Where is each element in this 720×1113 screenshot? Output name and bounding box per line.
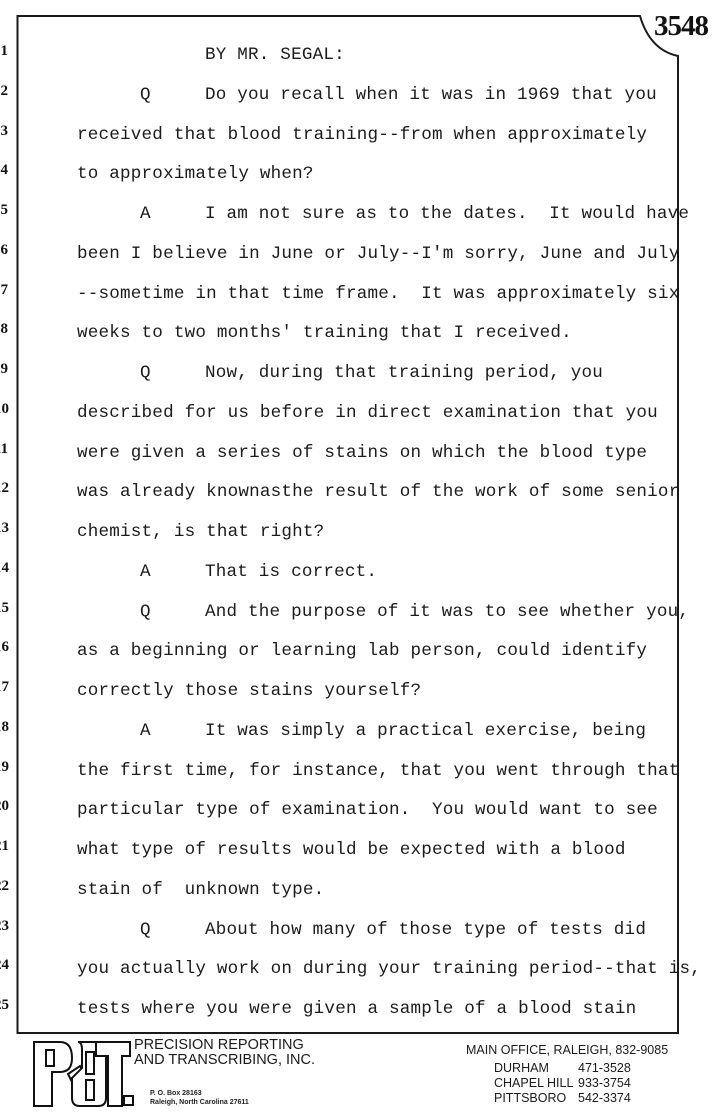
transcript-line: you actually work on during your trainin… [77, 959, 701, 979]
line-number: 15 [0, 600, 8, 617]
line-number: 3 [0, 123, 8, 140]
answer-marker: A [140, 562, 151, 582]
transcript-line: correctly those stains yourself? [77, 681, 421, 701]
transcript-line: tests where you were given a sample of a… [77, 999, 636, 1019]
transcript-line: to approximately when? [77, 164, 314, 184]
line-number: 13 [0, 520, 8, 537]
transcript-line: Do you recall when it was in 1969 that y… [205, 85, 657, 105]
page-number: 3548 [654, 10, 708, 43]
transcript-line: I am not sure as to the dates. It would … [205, 204, 689, 224]
address-line-2: Raleigh, North Carolina 27611 [150, 1098, 249, 1107]
question-marker: Q [140, 920, 151, 940]
line-number: 23 [0, 918, 8, 935]
line-number: 6 [0, 242, 8, 259]
line-number: 21 [0, 838, 8, 855]
transcript-line: what type of results would be expected w… [77, 840, 626, 860]
line-number: 25 [0, 997, 8, 1014]
company-logo-icon [30, 1038, 134, 1110]
transcript-line: Now, during that training period, you [205, 363, 603, 383]
office-name: DURHAM [494, 1061, 549, 1075]
transcript-line: --sometime in that time frame. It was ap… [77, 284, 679, 304]
answer-marker: A [140, 721, 151, 741]
main-office: MAIN OFFICE, RALEIGH, 832-9085 [466, 1043, 668, 1057]
transcript-line: been I believe in June or July--I'm sorr… [77, 244, 679, 264]
line-number: 20 [0, 798, 8, 815]
transcript-line: described for us before in direct examin… [77, 403, 658, 423]
line-number: 14 [0, 560, 8, 577]
transcript-line: the first time, for instance, that you w… [77, 761, 679, 781]
transcript-line: were given a series of stains on which t… [77, 443, 647, 463]
question-marker: Q [140, 602, 151, 622]
company-address: P. O. Box 28163 Raleigh, North Carolina … [150, 1089, 249, 1107]
transcript-line: And the purpose of it was to see whether… [205, 602, 689, 622]
line-number: 9 [0, 361, 8, 378]
line-number: 5 [0, 202, 8, 219]
transcript-line: That is correct. [205, 562, 377, 582]
line-number: 11 [0, 441, 8, 458]
line-number: 10 [0, 401, 8, 418]
line-number: 16 [0, 639, 8, 656]
transcript-line: It was simply a practical exercise, bein… [205, 721, 646, 741]
office-phone: 542-3374 [578, 1091, 631, 1105]
line-number: 12 [0, 480, 8, 497]
office-name: PITTSBORO [494, 1091, 566, 1105]
line-number: 7 [0, 282, 8, 299]
question-marker: Q [140, 363, 151, 383]
line-number: 1 [0, 43, 8, 60]
transcript-line: stain of unknown type. [77, 880, 324, 900]
address-line-1: P. O. Box 28163 [150, 1089, 249, 1098]
line-number: 18 [0, 719, 8, 736]
company-line-1: PRECISION REPORTING [134, 1038, 315, 1053]
line-number: 17 [0, 679, 8, 696]
line-number: 2 [0, 83, 8, 100]
company-name: PRECISION REPORTING AND TRANSCRIBING, IN… [134, 1038, 315, 1068]
answer-marker: A [140, 204, 151, 224]
line-number: 22 [0, 878, 8, 895]
company-line-2: AND TRANSCRIBING, INC. [134, 1053, 315, 1068]
transcript-line: as a beginning or learning lab person, c… [77, 641, 647, 661]
transcript-line: particular type of examination. You woul… [77, 800, 658, 820]
office-name: CHAPEL HILL [494, 1076, 573, 1090]
transcript-line: received that blood training--from when … [77, 125, 647, 145]
question-marker: Q [140, 85, 151, 105]
transcript-line: BY MR. SEGAL: [205, 45, 345, 65]
line-number: 4 [0, 162, 8, 179]
line-number: 19 [0, 759, 8, 776]
line-number: 24 [0, 957, 8, 974]
office-phone: 471-3528 [578, 1061, 631, 1075]
transcript-line: weeks to two months' training that I rec… [77, 323, 572, 343]
transcript-line: chemist, is that right? [77, 522, 324, 542]
transcript-line: About how many of those type of tests di… [205, 920, 646, 940]
office-phone: 933-3754 [578, 1076, 631, 1090]
line-number: 8 [0, 321, 8, 338]
transcript-line: was already knownasthe result of the wor… [77, 482, 679, 502]
